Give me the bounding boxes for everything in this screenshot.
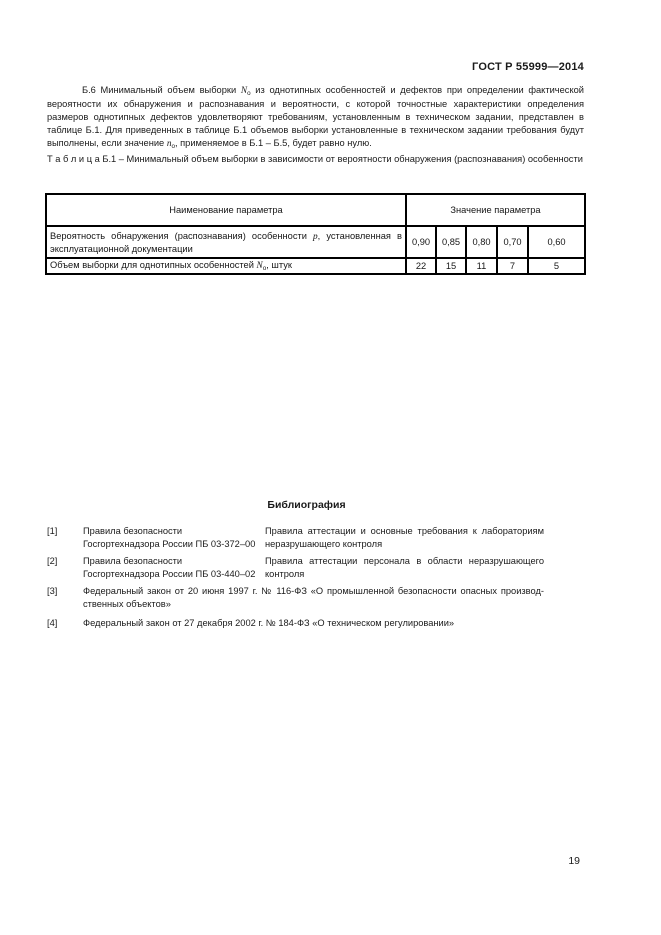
page-number: 19 [47, 855, 580, 867]
table-header-value-cell: Значение параметра [406, 194, 585, 226]
probability-value-cell: 0,90 [406, 226, 436, 258]
table-header-name-cell: Наименование параметра [46, 194, 406, 226]
probability-value-cell: 0,85 [436, 226, 466, 258]
entry-text: Федеральный закон от 27 декабря 2002 г. … [83, 617, 544, 630]
entry-number: [4] [47, 617, 83, 630]
sample-size-value-cell: 5 [528, 258, 585, 274]
variable-capital-n: N [257, 261, 263, 271]
table-row-sample-size: Объем выборки для однотипных особенносте… [46, 258, 585, 274]
bibliography-entry: [4] Федеральный закон от 27 декабря 2002… [47, 617, 544, 630]
row-sample-size-text-2: , штук [266, 260, 292, 270]
paragraph-b6-text-3: , применяемое в Б.1 – Б.5, будет равно н… [175, 138, 372, 148]
variable-capital-n-subscript: о [247, 90, 251, 97]
probability-value-cell: 0,60 [528, 226, 585, 258]
sample-size-value-cell: 7 [497, 258, 528, 274]
row-probability-label: Вероятность обнаружения (распознавания) … [46, 226, 406, 258]
bibliography-entry: [3] Федеральный закон от 20 июня 1997 г.… [47, 585, 544, 611]
table-b1-caption: Т а б л и ц а Б.1 – Минимальный объем вы… [47, 153, 584, 167]
sample-size-value-cell: 15 [436, 258, 466, 274]
variable-capital-n-subscript: о [263, 265, 267, 272]
sample-size-value-cell: 22 [406, 258, 436, 274]
entry-number: [1] [47, 525, 83, 551]
entry-source: Правила безопасности Госгортехнадзора Ро… [83, 555, 259, 581]
doc-code-header: ГОСТ Р 55999—2014 [47, 61, 584, 73]
paragraph-b6: Б.6 Минимальный объем выборки Nо из одно… [47, 84, 584, 151]
row-sample-size-label: Объем выборки для однотипных особенносте… [46, 258, 406, 274]
entry-description: Правила аттестации персонала в области н… [265, 555, 544, 581]
variable-small-n-subscript: о [171, 143, 175, 150]
entry-number: [3] [47, 585, 83, 611]
probability-value-cell: 0,80 [466, 226, 497, 258]
bibliography-entry: [1] Правила безопасности Госгортехнадзор… [47, 525, 544, 551]
entry-source: Правила безопасности Госгортехнадзора Ро… [83, 525, 259, 551]
bibliography-entry: [2] Правила безопасности Госгортехнадзор… [47, 555, 544, 581]
table-b1: Наименование параметра Значение параметр… [45, 193, 586, 275]
entry-text: Федеральный закон от 20 июня 1997 г. № 1… [83, 585, 544, 611]
row-probability-text-1: Вероятность обнаружения (распознавания) … [50, 231, 313, 241]
probability-value-cell: 0,70 [497, 226, 528, 258]
row-sample-size-text-1: Объем выборки для однотипных особенносте… [50, 260, 257, 270]
sample-size-value-cell: 11 [466, 258, 497, 274]
entry-number: [2] [47, 555, 83, 581]
document-page: ГОСТ Р 55999—2014 Б.6 Минимальный объем … [0, 0, 661, 935]
table-header-row: Наименование параметра Значение параметр… [46, 194, 585, 226]
paragraph-b6-text-1: Б.6 Минимальный объем выборки [82, 85, 241, 95]
bibliography-title: Библиография [47, 499, 566, 511]
entry-description: Правила аттестации и основные требования… [265, 525, 544, 551]
table-row-probability: Вероятность обнаружения (распознавания) … [46, 226, 585, 258]
